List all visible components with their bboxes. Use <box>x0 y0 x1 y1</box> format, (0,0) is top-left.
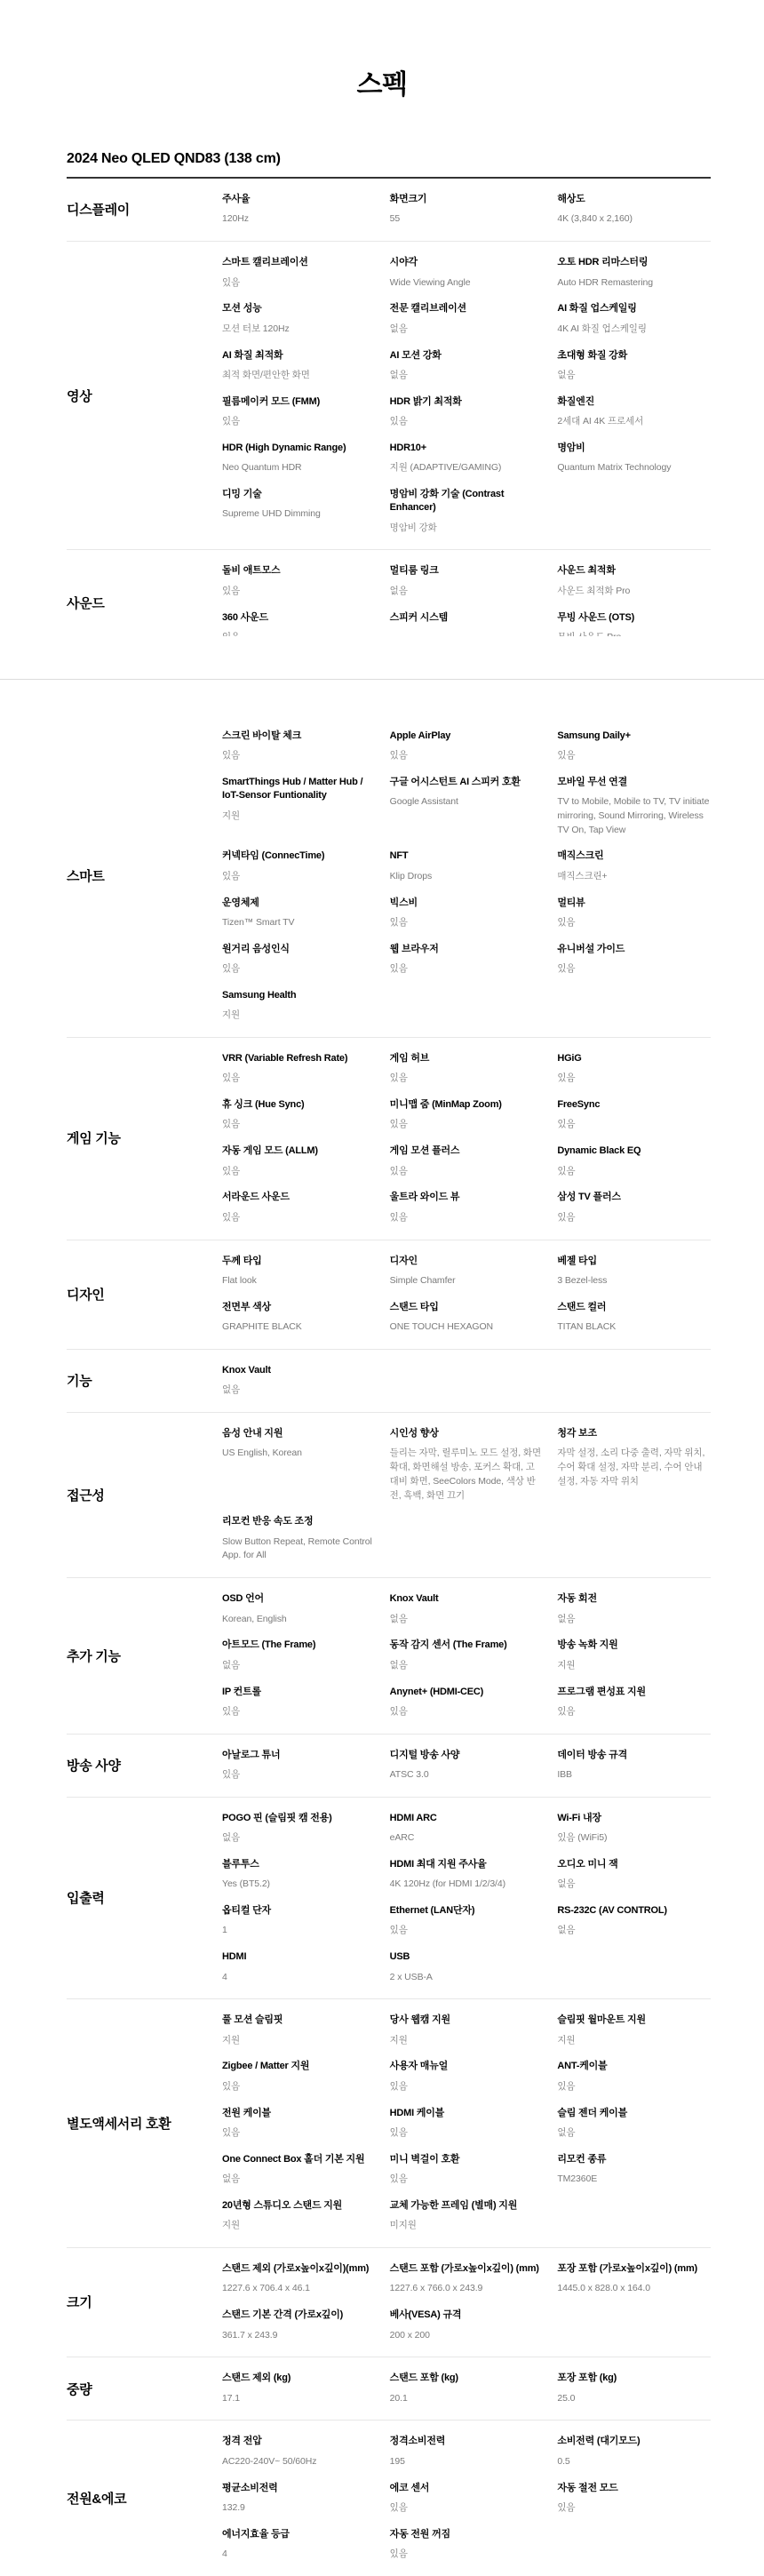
spec-value: 4K (3,840 x 2,160) <box>557 212 711 227</box>
spec-item: IP 컨트롤있음 <box>222 1680 376 1727</box>
spec-item: 미니 벽걸이 호환있음 <box>390 2148 544 2194</box>
spec-value: 명암비 강화 <box>390 522 544 536</box>
spec-value: 있음 <box>222 276 376 291</box>
spec-item: 명암비 강화 기술 (Contrast Enhancer)명암비 강화 <box>390 483 544 543</box>
spec-value: 지원 <box>557 1659 711 1673</box>
spec-value: 4K AI 화질 업스케일링 <box>557 323 711 337</box>
spec-item: 커넥타임 (ConnecTime)있음 <box>222 844 376 890</box>
spec-value: 1227.6 x 706.4 x 46.1 <box>222 2282 376 2296</box>
spec-name: 정격 전압 <box>222 2435 376 2448</box>
spec-name: 화면크기 <box>390 193 544 206</box>
spec-item: POGO 핀 (슬림핏 캠 전용)없음 <box>222 1806 376 1853</box>
spec-name: 원거리 음성인식 <box>222 943 376 956</box>
spec-value: 없음 <box>222 1384 376 1398</box>
spec-name: 풀 모션 슬림핏 <box>222 2014 376 2027</box>
spec-value: 없음 <box>222 1831 376 1846</box>
spec-value: 지원 <box>222 1009 376 1023</box>
spec-name: 주사율 <box>222 193 376 206</box>
spec-value: 있음 <box>390 1924 544 1938</box>
spec-value: 지원 <box>557 2034 711 2048</box>
spec-name: 옵티컬 단자 <box>222 1904 376 1918</box>
spec-item: 프로그램 편성표 지원있음 <box>557 1680 711 1727</box>
spec-name: 자동 회전 <box>557 1592 711 1606</box>
spec-item: 게임 허브있음 <box>390 1047 544 1093</box>
spec-name: AI 화질 업스케일링 <box>557 302 711 315</box>
spec-name: 아트모드 (The Frame) <box>222 1639 376 1652</box>
spec-item: 삼성 TV 플러스있음 <box>557 1185 711 1232</box>
section-label-io: 입출력 <box>67 1806 222 1992</box>
spec-item: 스탠드 포함 (kg)20.1 <box>390 2366 544 2413</box>
spec-item: OSD 언어Korean, English <box>222 1587 376 1633</box>
spec-item: RS-232C (AV CONTROL)없음 <box>557 1899 711 1945</box>
spec-value: US English, Korean <box>222 1447 376 1461</box>
spec-name: 스탠드 컬러 <box>557 1301 711 1314</box>
spec-item: 원거리 음성인식있음 <box>222 937 376 984</box>
spec-item: 에너지효율 등급4 <box>222 2523 376 2569</box>
section-grid: 정격 전압AC220-240V~ 50/60Hz정격소비전력195소비전력 (대… <box>222 2429 711 2568</box>
spec-value: Slow Button Repeat, Remote Control App. … <box>222 1535 376 1564</box>
spec-name: 스피커 시스템 <box>390 611 544 625</box>
spec-value: Yes (BT5.2) <box>222 1878 376 1892</box>
spec-name: 시인성 향상 <box>390 1427 544 1440</box>
spec-item: 오디오 미니 잭없음 <box>557 1853 711 1899</box>
spec-item: 풀 모션 슬림핏지원 <box>222 2008 376 2054</box>
spec-name: 당사 웹캠 지원 <box>390 2014 544 2027</box>
spec-item: 전면부 색상GRAPHITE BLACK <box>222 1296 376 1342</box>
spec-item: 에코 센서있음 <box>390 2476 544 2523</box>
spec-name: 자동 게임 모드 (ALLM) <box>222 1144 376 1158</box>
spec-value: 4K 120Hz (for HDMI 1/2/3/4) <box>390 1878 544 1892</box>
spec-item: 평균소비전력132.9 <box>222 2476 376 2523</box>
spec-value: 120Hz <box>222 212 376 227</box>
spec-item: 자동 게임 모드 (ALLM)있음 <box>222 1139 376 1185</box>
spec-value: 지원 <box>222 2219 376 2233</box>
spec-name: 스탠드 기본 간격 (가로x깊이) <box>222 2309 376 2322</box>
spec-name: 운영체제 <box>222 897 376 910</box>
spec-name: Apple AirPlay <box>390 730 544 743</box>
spec-item: 데이터 방송 규격IBB <box>557 1743 711 1790</box>
spec-name: 시야각 <box>390 256 544 269</box>
spec-value: 없음 <box>557 1924 711 1938</box>
spec-item: One Connect Box 홀더 기본 지원없음 <box>222 2148 376 2194</box>
spec-name: 필름메이커 모드 (FMM) <box>222 395 376 409</box>
spec-item: HDR 밝기 최적화있음 <box>390 390 544 436</box>
spec-value: 지원 <box>390 2034 544 2048</box>
spec-value: 195 <box>390 2455 544 2469</box>
spec-value: 20.1 <box>390 2392 544 2406</box>
spec-value <box>390 631 544 636</box>
spec-item: 리모컨 종류TM2360E <box>557 2148 711 2194</box>
spec-name: 구글 어시스턴트 AI 스피커 호환 <box>390 776 544 789</box>
spec-name: ANT-케이블 <box>557 2060 711 2073</box>
spec-name: 평균소비전력 <box>222 2482 376 2495</box>
spec-value: 있음 <box>390 1211 544 1225</box>
spec-item: Ethernet (LAN단자)있음 <box>390 1899 544 1945</box>
spec-name: 해상도 <box>557 193 711 206</box>
spec-name: 웹 브라우저 <box>390 943 544 956</box>
spec-name: 빅스비 <box>390 897 544 910</box>
spec-item: 동작 감지 센서 (The Frame)없음 <box>390 1633 544 1679</box>
spec-item: 빅스비있음 <box>390 891 544 937</box>
spec-name: HDMI 케이블 <box>390 2107 544 2120</box>
spec-value: 있음 <box>222 2080 376 2094</box>
spec-item: 포장 포함 (가로x높이x깊이) (mm)1445.0 x 828.0 x 16… <box>557 2257 711 2303</box>
spec-item: VRR (Variable Refresh Rate)있음 <box>222 1047 376 1093</box>
spec-value: 있음 <box>390 415 544 429</box>
spec-name: SmartThings Hub / Matter Hub / IoT-Senso… <box>222 776 376 803</box>
spec-name: 동작 감지 센서 (The Frame) <box>390 1639 544 1652</box>
spec-value: ONE TOUCH HEXAGON <box>390 1320 544 1335</box>
spec-value: 3 Bezel-less <box>557 1274 711 1288</box>
section-grid: 스탠드 제외 (kg)17.1스탠드 포함 (kg)20.1포장 포함 (kg)… <box>222 2366 711 2413</box>
spec-name: Knox Vault <box>222 1364 376 1377</box>
spec-name: 포장 포함 (가로x높이x깊이) (mm) <box>557 2262 711 2276</box>
spec-name: 리모컨 종류 <box>557 2153 711 2166</box>
spec-name: 커넥타임 (ConnecTime) <box>222 849 376 863</box>
spec-value: 자막 설정, 소리 다중 출력, 자막 위치, 수어 확대 설정, 자막 분리,… <box>557 1447 711 1488</box>
spec-value: Klip Drops <box>390 870 544 884</box>
section-label-features: 기능 <box>67 1359 222 1405</box>
spec-value: 있음 <box>222 1072 376 1086</box>
spec-value: Quantum Matrix Technology <box>557 461 711 475</box>
spec-value: 있음 <box>390 2548 544 2562</box>
spec-item: ANT-케이블있음 <box>557 2054 711 2101</box>
spec-value: 모션 터보 120Hz <box>222 323 376 337</box>
spec-name: OSD 언어 <box>222 1592 376 1606</box>
section-grid: 주사율120Hz화면크기55해상도4K (3,840 x 2,160) <box>222 187 711 234</box>
spec-value: 있음 <box>557 1072 711 1086</box>
spec-item: 블루투스Yes (BT5.2) <box>222 1853 376 1899</box>
spec-item: 화질엔진2세대 AI 4K 프로세서 <box>557 390 711 436</box>
spec-name: 스탠드 제외 (가로x높이x깊이)(mm) <box>222 2262 376 2276</box>
spec-item: AI 화질 업스케일링4K AI 화질 업스케일링 <box>557 297 711 343</box>
spec-name: 오토 HDR 리마스터링 <box>557 256 711 269</box>
spec-value: TV to Mobile, Mobile to TV, TV initiate … <box>557 795 711 837</box>
spec-item: SmartThings Hub / Matter Hub / IoT-Senso… <box>222 770 376 831</box>
spec-name: 리모컨 반응 속도 조정 <box>222 1515 376 1528</box>
spec-item: Wi-Fi 내장있음 (WiFi5) <box>557 1806 711 1853</box>
spec-table: 디스플레이주사율120Hz화면크기55해상도4K (3,840 x 2,160)… <box>67 179 711 2576</box>
spec-item: 무빙 사운드 (OTS)무빙 사운드 Pro <box>557 606 711 649</box>
spec-section-io: 입출력POGO 핀 (슬림핏 캠 전용)없음HDMI ARCeARCWi-Fi … <box>67 1798 711 2000</box>
spec-value: Simple Chamfer <box>390 1274 544 1288</box>
spec-value: 있음 (WiFi5) <box>557 1831 711 1846</box>
spec-name: 돌비 애트모스 <box>222 564 376 578</box>
spec-value: 있음 <box>222 870 376 884</box>
spec-name: Anynet+ (HDMI-CEC) <box>390 1686 544 1699</box>
spec-name: 스탠드 제외 (kg) <box>222 2372 376 2385</box>
spec-name: 스탠드 포함 (kg) <box>390 2372 544 2385</box>
product-name: 2024 Neo QLED QND83 (138 cm) <box>67 151 711 179</box>
section-grid: 스크린 바이탈 체크있음Apple AirPlay있음Samsung Daily… <box>222 724 711 1030</box>
spec-name: 울트라 와이드 뷰 <box>390 1191 544 1204</box>
spec-name: HGiG <box>557 1052 711 1065</box>
spec-item: 청각 보조자막 설정, 소리 다중 출력, 자막 위치, 수어 확대 설정, 자… <box>557 1422 711 1496</box>
spec-name: 매직스크린 <box>557 849 711 863</box>
spec-item: 미니맵 줌 (MinMap Zoom)있음 <box>390 1093 544 1139</box>
spec-name: 멀티뷰 <box>557 897 711 910</box>
spec-item: AI 화질 최적화최적 화면/편안한 화면 <box>222 344 376 390</box>
spec-section-power-eco: 전원&에코정격 전압AC220-240V~ 50/60Hz정격소비전력195소비… <box>67 2420 711 2575</box>
spec-item: 사운드 최적화사운드 최적화 Pro <box>557 559 711 605</box>
spec-item: 슬림 젠더 케이블없음 <box>557 2101 711 2148</box>
spec-item: 오토 HDR 리마스터링Auto HDR Remastering <box>557 251 711 297</box>
spec-value: 2 x USB-A <box>390 1971 544 1985</box>
spec-item: 정격 전압AC220-240V~ 50/60Hz <box>222 2429 376 2476</box>
spec-name: 청각 보조 <box>557 1427 711 1440</box>
spec-value: 미지원 <box>390 2219 544 2233</box>
spec-item: 디자인Simple Chamfer <box>390 1249 544 1296</box>
spec-value: 있음 <box>222 585 376 599</box>
spec-value: 17.1 <box>222 2392 376 2406</box>
spec-value: 있음 <box>390 2126 544 2141</box>
spec-name: 디지털 방송 사양 <box>390 1749 544 1762</box>
section-label-picture: 영상 <box>67 251 222 542</box>
spec-name: 정격소비전력 <box>390 2435 544 2448</box>
spec-name: 오디오 미니 잭 <box>557 1858 711 1871</box>
spec-name: 슬림핏 월마운트 지원 <box>557 2014 711 2027</box>
spec-item: 시인성 향상들리는 자막, 릴루미노 모드 설정, 화면 확대, 화면해설 방송… <box>390 1422 544 1510</box>
spec-section-optional-accessories: 별도액세서리 호환풀 모션 슬림핏지원당사 웹캠 지원지원슬림핏 월마운트 지원… <box>67 1999 711 2248</box>
spec-value: 있음 <box>557 1705 711 1719</box>
spec-name: 아날로그 튜너 <box>222 1749 376 1762</box>
spec-item: 디지털 방송 사양ATSC 3.0 <box>390 1743 544 1790</box>
spec-name: 게임 허브 <box>390 1052 544 1065</box>
spec-name: 미니맵 줌 (MinMap Zoom) <box>390 1098 544 1112</box>
spec-name: HDMI 최대 지원 주사율 <box>390 1858 544 1871</box>
spec-item: FreeSync있음 <box>557 1093 711 1139</box>
section-label-design: 디자인 <box>67 1249 222 1342</box>
spec-section-smart: 스마트스크린 바이탈 체크있음Apple AirPlay있음Samsung Da… <box>67 715 711 1038</box>
spec-name: 교체 가능한 프레임 (별매) 지원 <box>390 2199 544 2213</box>
section-label-weight: 중량 <box>67 2366 222 2413</box>
spec-value: 2세대 AI 4K 프로세서 <box>557 415 711 429</box>
spec-name: Dynamic Black EQ <box>557 1144 711 1158</box>
spec-value: 1227.6 x 766.0 x 243.9 <box>390 2282 544 2296</box>
spec-item: USB2 x USB-A <box>390 1945 544 1991</box>
spec-name: 스탠드 포함 (가로x높이x깊이) (mm) <box>390 2262 544 2276</box>
spec-name: Zigbee / Matter 지원 <box>222 2060 376 2073</box>
spec-value: 지원 <box>222 809 376 824</box>
spec-value: 매직스크린+ <box>557 870 711 884</box>
spec-value: Supreme UHD Dimming <box>222 507 376 522</box>
spec-value: 최적 화면/편안한 화면 <box>222 369 376 383</box>
spec-item: 게임 모션 플러스있음 <box>390 1139 544 1185</box>
spec-item: Apple AirPlay있음 <box>390 724 544 770</box>
spec-value: 있음 <box>557 2080 711 2094</box>
spec-value: 있음 <box>390 1072 544 1086</box>
spec-value: TITAN BLACK <box>557 1320 711 1335</box>
spec-item: Knox Vault없음 <box>222 1359 376 1405</box>
spec-value: 있음 <box>390 916 544 930</box>
spec-item: 자동 전원 꺼짐있음 <box>390 2523 544 2569</box>
spec-value: 없음 <box>390 585 544 599</box>
spec-item: 스탠드 컬러TITAN BLACK <box>557 1296 711 1342</box>
spec-item: 20년형 스튜디오 스탠드 지원지원 <box>222 2194 376 2240</box>
spec-value: 있음 <box>222 631 376 636</box>
spec-value: 들리는 자막, 릴루미노 모드 설정, 화면 확대, 화면해설 방송, 포커스 … <box>390 1447 544 1503</box>
spec-item: 멀티뷰있음 <box>557 891 711 937</box>
spec-value: 있음 <box>222 1705 376 1719</box>
spec-name: HDR10+ <box>390 442 544 455</box>
spec-value: 있음 <box>222 962 376 977</box>
spec-name: 에너지효율 등급 <box>222 2528 376 2541</box>
spec-item: 모바일 무선 연결TV to Mobile, Mobile to TV, TV … <box>557 770 711 845</box>
spec-section-sound: 사운드돌비 애트모스있음멀티룸 링크없음사운드 최적화사운드 최적화 Pro36… <box>67 550 711 655</box>
spec-name: 모션 성능 <box>222 302 376 315</box>
spec-name: One Connect Box 홀더 기본 지원 <box>222 2153 376 2166</box>
spec-value: 없음 <box>390 369 544 383</box>
spec-item: 정격소비전력195 <box>390 2429 544 2476</box>
spec-name: Ethernet (LAN단자) <box>390 1904 544 1918</box>
spec-name: USB <box>390 1950 544 1964</box>
spec-item: HDMI4 <box>222 1945 376 1991</box>
spec-name: 블루투스 <box>222 1858 376 1871</box>
spec-name: 휴 싱크 (Hue Sync) <box>222 1098 376 1112</box>
spec-name: POGO 핀 (슬림핏 캠 전용) <box>222 1812 376 1825</box>
spec-name: Samsung Daily+ <box>557 730 711 743</box>
spec-name: FreeSync <box>557 1098 711 1112</box>
spec-name: 베사(VESA) 규격 <box>390 2309 544 2322</box>
spec-name: 포장 포함 (kg) <box>557 2372 711 2385</box>
spec-value: 사운드 최적화 Pro <box>557 585 711 599</box>
spec-item: 사용자 매뉴얼있음 <box>390 2054 544 2101</box>
spec-value: 있음 <box>222 2126 376 2141</box>
spec-value: 25.0 <box>557 2392 711 2406</box>
spec-item: Dynamic Black EQ있음 <box>557 1139 711 1185</box>
spec-value: 있음 <box>557 962 711 977</box>
spec-value: 있음 <box>390 2501 544 2516</box>
spec-value: 없음 <box>390 1659 544 1673</box>
spec-value: 361.7 x 243.9 <box>222 2329 376 2343</box>
section-label-accessibility: 접근성 <box>67 1422 222 1570</box>
spec-value: AC220-240V~ 50/60Hz <box>222 2455 376 2469</box>
spec-item: AI 모션 강화없음 <box>390 344 544 390</box>
spec-value: 있음 <box>222 1118 376 1132</box>
spec-item: 디밍 기술Supreme UHD Dimming <box>222 483 376 529</box>
spec-name: 명암비 강화 기술 (Contrast Enhancer) <box>390 488 544 515</box>
spec-item: 명암비Quantum Matrix Technology <box>557 436 711 483</box>
spec-section-features: 기능Knox Vault없음 <box>67 1350 711 1413</box>
section-grid: VRR (Variable Refresh Rate)있음게임 허브있음HGiG… <box>222 1047 711 1232</box>
spec-name: 디자인 <box>390 1255 544 1268</box>
spec-item: 스탠드 제외 (kg)17.1 <box>222 2366 376 2413</box>
spec-section-display: 디스플레이주사율120Hz화면크기55해상도4K (3,840 x 2,160) <box>67 179 711 242</box>
spec-value: Wide Viewing Angle <box>390 276 544 291</box>
spec-value: 있음 <box>557 1118 711 1132</box>
spec-name: HDMI <box>222 1950 376 1964</box>
section-label-display: 디스플레이 <box>67 187 222 234</box>
spec-item: HDR10+지원 (ADAPTIVE/GAMING) <box>390 436 544 483</box>
spec-value: 있음 <box>222 1768 376 1782</box>
spec-item: NFTKlip Drops <box>390 844 544 890</box>
spec-item: 베젤 타입3 Bezel-less <box>557 1249 711 1296</box>
spec-name: 스마트 캘리브레이션 <box>222 256 376 269</box>
spec-value: IBB <box>557 1768 711 1782</box>
spec-value: Auto HDR Remastering <box>557 276 711 291</box>
spec-name: 스크린 바이탈 체크 <box>222 730 376 743</box>
spec-name: Knox Vault <box>390 1592 544 1606</box>
spec-value: Google Assistant <box>390 795 544 809</box>
spec-name: VRR (Variable Refresh Rate) <box>222 1052 376 1065</box>
spec-value: 없음 <box>222 2173 376 2187</box>
spec-item: 자동 절전 모드있음 <box>557 2476 711 2523</box>
section-label-sound: 사운드 <box>67 559 222 648</box>
spec-item: 슬림핏 월마운트 지원지원 <box>557 2008 711 2054</box>
section-grid: OSD 언어Korean, EnglishKnox Vault없음자동 회전없음… <box>222 1587 711 1726</box>
spec-value: 없음 <box>390 1613 544 1627</box>
spec-name: NFT <box>390 849 544 863</box>
spec-name: 스탠드 타입 <box>390 1301 544 1314</box>
spec-value: 있음 <box>557 1211 711 1225</box>
spec-value: 4 <box>222 1971 376 1985</box>
spec-value: 200 x 200 <box>390 2329 544 2343</box>
spec-item: 전문 캘리브레이션없음 <box>390 297 544 343</box>
spec-value: 있음 <box>390 749 544 763</box>
spec-section-picture: 영상스마트 캘리브레이션있음시야각Wide Viewing Angle오토 HD… <box>67 242 711 550</box>
spec-value: 4 <box>222 2548 376 2562</box>
spec-name: 자동 절전 모드 <box>557 2482 711 2495</box>
spec-item: Samsung Health지원 <box>222 984 376 1030</box>
spec-value: 없음 <box>557 1613 711 1627</box>
spec-item: HDMI 최대 지원 주사율4K 120Hz (for HDMI 1/2/3/4… <box>390 1853 544 1899</box>
section-label-additional-features: 추가 기능 <box>67 1587 222 1726</box>
spec-name: 명암비 <box>557 442 711 455</box>
spec-value: 지원 <box>222 2034 376 2048</box>
spec-value: Neo Quantum HDR <box>222 461 376 475</box>
spec-item: 운영체제Tizen™ Smart TV <box>222 891 376 937</box>
spec-item: 360 사운드있음 <box>222 606 376 649</box>
spec-section-accessibility: 접근성음성 안내 지원US English, Korean시인성 향상들리는 자… <box>67 1413 711 1578</box>
spec-item: 서라운드 사운드있음 <box>222 1185 376 1232</box>
page-cut-divider <box>0 679 764 680</box>
spec-item: 시야각Wide Viewing Angle <box>390 251 544 297</box>
section-grid: 스마트 캘리브레이션있음시야각Wide Viewing Angle오토 HDR … <box>222 251 711 542</box>
spec-value: 있음 <box>390 1705 544 1719</box>
spec-value: 없음 <box>557 369 711 383</box>
spec-item: 스탠드 타입ONE TOUCH HEXAGON <box>390 1296 544 1342</box>
spec-item: HGiG있음 <box>557 1047 711 1093</box>
spec-value: 없음 <box>390 323 544 337</box>
section-grid: 돌비 애트모스있음멀티룸 링크없음사운드 최적화사운드 최적화 Pro360 사… <box>222 559 711 648</box>
page-title: 스펙 <box>0 18 764 101</box>
spec-name: Wi-Fi 내장 <box>557 1812 711 1825</box>
spec-name: 삼성 TV 플러스 <box>557 1191 711 1204</box>
spec-item: 모션 성능모션 터보 120Hz <box>222 297 376 343</box>
spec-item: 휴 싱크 (Hue Sync)있음 <box>222 1093 376 1139</box>
spec-name: Samsung Health <box>222 989 376 1002</box>
spec-item: 아트모드 (The Frame)없음 <box>222 1633 376 1679</box>
spec-section-dimensions: 크기스탠드 제외 (가로x높이x깊이)(mm)1227.6 x 706.4 x … <box>67 2248 711 2357</box>
spec-item: HDR (High Dynamic Range)Neo Quantum HDR <box>222 436 376 483</box>
spec-value: 없음 <box>222 1659 376 1673</box>
spec-value: 있음 <box>557 1165 711 1179</box>
spec-name: 에코 센서 <box>390 2482 544 2495</box>
spec-value: 있음 <box>390 2173 544 2187</box>
spec-name: 디밍 기술 <box>222 488 376 501</box>
spec-name: AI 화질 최적화 <box>222 349 376 363</box>
spec-item: Knox Vault없음 <box>390 1587 544 1633</box>
section-label-smart: 스마트 <box>67 724 222 1030</box>
spec-value: ATSC 3.0 <box>390 1768 544 1782</box>
spec-name: 데이터 방송 규격 <box>557 1749 711 1762</box>
spec-value: 있음 <box>390 1165 544 1179</box>
spec-value: 0.5 <box>557 2455 711 2469</box>
spec-name: 멀티룸 링크 <box>390 564 544 578</box>
spec-value: 있음 <box>557 916 711 930</box>
spec-name: 사운드 최적화 <box>557 564 711 578</box>
spec-item: 교체 가능한 프레임 (별매) 지원미지원 <box>390 2194 544 2240</box>
